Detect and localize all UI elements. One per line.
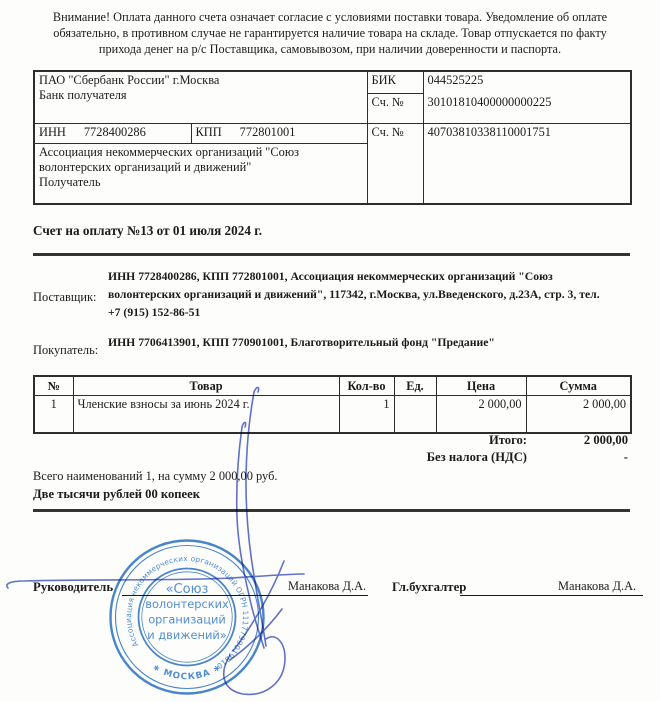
director-label: Руководитель — [33, 580, 113, 595]
table-row: 1 Членские взносы за июнь 2024 г. 1 2 00… — [34, 396, 631, 434]
account-label: Сч. № — [367, 123, 423, 204]
inn-cell: ИНН7728400286 — [34, 123, 191, 143]
bik-label: БИК — [367, 71, 423, 93]
divider-bottom — [33, 509, 630, 512]
accountant-name: Манакова Д.А. — [558, 579, 636, 594]
bik-corr-values: 044525225 30101810400000000225 — [423, 71, 631, 123]
inn-label: ИНН — [39, 125, 66, 139]
total-row: Итого: 2 000,00 — [33, 433, 630, 449]
item-price: 2 000,00 — [436, 396, 526, 434]
col-unit: Ед. — [394, 376, 436, 396]
supplier-label: Поставщик: — [33, 290, 97, 305]
kpp-value: 772801001 — [240, 125, 296, 139]
total-value: 2 000,00 — [584, 433, 628, 448]
bank-cell: ПАО "Сбербанк России" г.Москва Банк полу… — [34, 71, 367, 123]
corr-account-value: 30101810400000000225 — [428, 95, 627, 110]
items-table: № Товар Кол-во Ед. Цена Сумма 1 Членские… — [33, 375, 632, 434]
item-qty: 1 — [339, 396, 394, 434]
recipient-name-line1: Ассоциация некоммерческих организаций "С… — [39, 145, 363, 160]
col-number: № — [34, 376, 73, 396]
items-summary: Всего наименований 1, на сумму 2 000,00 … — [33, 469, 277, 484]
invoice-title: Счет на оплату №13 от 01 июля 2024 г. — [33, 223, 262, 239]
recipient-name-line2: волонтерских организаций и движений" — [39, 160, 363, 175]
invoice-document: Внимание! Оплата данного счета означает … — [0, 0, 660, 702]
items-header-row: № Товар Кол-во Ед. Цена Сумма — [34, 376, 631, 396]
col-price: Цена — [436, 376, 526, 396]
bank-label: Банк получателя — [39, 88, 363, 103]
account-value: 40703810338110001751 — [423, 123, 631, 204]
buyer-label: Покупатель: — [33, 343, 98, 358]
bank-details-table: ПАО "Сбербанк России" г.Москва Банк полу… — [33, 70, 632, 205]
payment-warning-text: Внимание! Оплата данного счета означает … — [18, 9, 642, 57]
supplier-line-3: +7 (915) 152-86-51 — [108, 304, 648, 322]
total-label: Итого: — [489, 433, 527, 448]
item-name: Членские взносы за июнь 2024 г. — [73, 396, 339, 434]
stamp-inner-line-1: «Союз — [166, 582, 209, 597]
divider-top — [33, 253, 630, 256]
item-sum: 2 000,00 — [526, 396, 631, 434]
bank-name: ПАО "Сбербанк России" г.Москва — [39, 73, 363, 88]
warning-line-2: обязательно, в противном случае не гаран… — [18, 25, 642, 41]
corr-account-label: Сч. № — [367, 93, 423, 123]
buyer-text: ИНН 7706413901, КПП 770901001, Благотвор… — [108, 334, 648, 352]
item-number: 1 — [34, 396, 73, 434]
col-qty: Кол-во — [339, 376, 394, 396]
recipient-cell: Ассоциация некоммерческих организаций "С… — [34, 143, 367, 204]
organization-stamp: Ассоциация некоммерческих организаций ОГ… — [106, 536, 268, 698]
accountant-label: Гл.бухгалтер — [392, 580, 466, 595]
supplier-line-2: волонтерских организаций и движений", 11… — [108, 286, 648, 304]
tax-row: Без налога (НДС) - — [33, 450, 630, 466]
recipient-label: Получатель — [39, 175, 363, 190]
col-sum: Сумма — [526, 376, 631, 396]
stamp-inner-line-3: организаций — [148, 613, 226, 627]
accountant-signature-line — [460, 595, 643, 596]
stamp-inner-text: «Союз волонтерских организаций и движени… — [145, 582, 229, 642]
warning-line-3: прихода денег на р/с Поставщика, самовыв… — [18, 41, 642, 57]
kpp-cell: КПП772801001 — [191, 123, 367, 143]
tax-value: - — [624, 450, 628, 465]
item-unit — [394, 396, 436, 434]
stamp-inner-line-4: и движений» — [147, 628, 227, 642]
amount-in-words: Две тысячи рублей 00 копеек — [33, 487, 200, 502]
inn-value: 7728400286 — [84, 125, 146, 139]
supplier-line-1: ИНН 7728400286, КПП 772801001, Ассоциаци… — [108, 268, 648, 286]
supplier-text: ИНН 7728400286, КПП 772801001, Ассоциаци… — [108, 268, 648, 322]
kpp-label: КПП — [196, 125, 222, 139]
stamp-inner-line-2: волонтерских — [145, 597, 229, 611]
tax-label: Без налога (НДС) — [427, 450, 527, 465]
col-product: Товар — [73, 376, 339, 396]
warning-line-1: Внимание! Оплата данного счета означает … — [18, 9, 642, 25]
director-name: Манакова Д.А. — [288, 579, 366, 594]
bik-value: 044525225 — [428, 73, 627, 88]
